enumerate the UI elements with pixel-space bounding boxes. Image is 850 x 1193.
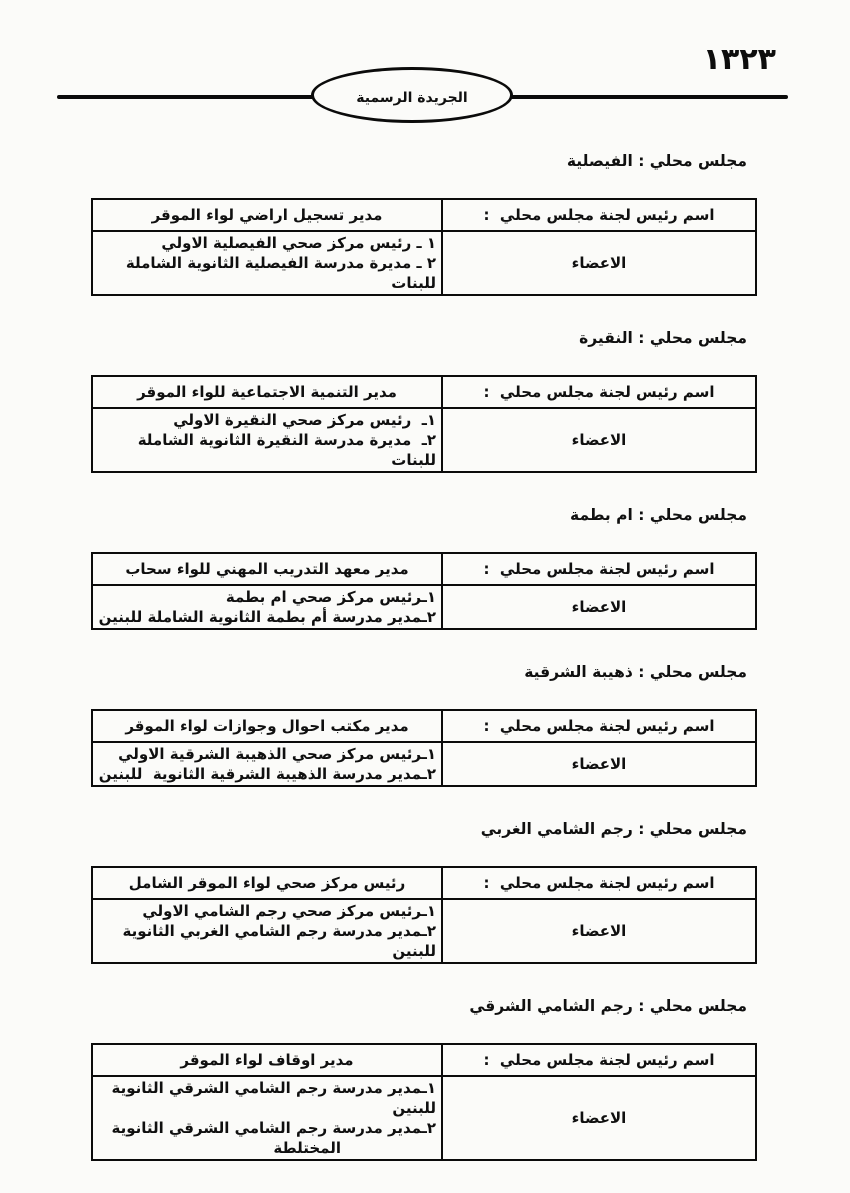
chairman-row: اسم رئيس لجنة مجلس محلي : مدير اوقاف لوا… (92, 1044, 756, 1076)
members-row: الاعضاء ١ـمدير مدرسة رجم الشامي الشرقي ا… (92, 1076, 756, 1160)
council-section: مجلس محلي : رجم الشامي الغربي اسم رئيس ل… (93, 819, 757, 964)
chairman-row: اسم رئيس لجنة مجلس محلي : مدير مكتب احوا… (92, 710, 756, 742)
council-section: مجلس محلي : النقيرة اسم رئيس لجنة مجلس م… (93, 328, 757, 473)
member-line: ٢ـمدير مدرسة رجم الشامي الشرقي الثانوية (93, 1118, 441, 1138)
page-number: ١٣٢٣ (703, 42, 776, 77)
council-title: مجلس محلي : الفيصلية (93, 151, 757, 172)
council-section: مجلس محلي : الفيصلية اسم رئيس لجنة مجلس … (93, 151, 757, 296)
members-row: الاعضاء ١ـرئيس مركز صحي الذهيبة الشرقية … (92, 742, 756, 786)
chairman-row: اسم رئيس لجنة مجلس محلي : رئيس مركز صحي … (92, 867, 756, 899)
members-label-cell: الاعضاء (442, 899, 756, 963)
members-list-cell: ١ـرئيس مركز صحي رجم الشامي الاولي٢ـمدير … (92, 899, 442, 963)
member-line: ٢ـمدير مدرسة رجم الشامي الغربي الثانوية … (93, 921, 441, 961)
members-list-cell: ١ ـ رئيس مركز صحي الفيصلية الاولي٢ ـ مدي… (92, 231, 442, 295)
members-row: الاعضاء ١ ـ رئيس مركز صحي الفيصلية الاول… (92, 231, 756, 295)
chairman-name-cell: مدير التنمية الاجتماعية للواء الموقر (92, 376, 442, 408)
gazette-banner-title: الجريدة الرسمية (356, 85, 467, 106)
members-list-cell: ١ـمدير مدرسة رجم الشامي الشرقي الثانوية … (92, 1076, 442, 1160)
chairman-label-cell: اسم رئيس لجنة مجلس محلي : (442, 553, 756, 585)
council-section: مجلس محلي : رجم الشامي الشرقي اسم رئيس ل… (93, 996, 757, 1161)
council-table: اسم رئيس لجنة مجلس محلي : مدير اوقاف لوا… (91, 1043, 757, 1161)
members-label-cell: الاعضاء (442, 231, 756, 295)
gazette-banner-ellipse: الجريدة الرسمية (311, 67, 513, 123)
council-title: مجلس محلي : ام بطمة (93, 505, 757, 526)
members-label-cell: الاعضاء (442, 585, 756, 629)
member-line: ١ـمدير مدرسة رجم الشامي الشرقي الثانوية … (93, 1078, 441, 1118)
members-label-cell: الاعضاء (442, 1076, 756, 1160)
council-table: اسم رئيس لجنة مجلس محلي : مدير معهد التد… (91, 552, 757, 630)
members-list-cell: ١ـرئيس مركز صحي ام بطمة٢ـمدير مدرسة أم ب… (92, 585, 442, 629)
chairman-row: اسم رئيس لجنة مجلس محلي : مدير تسجيل ارا… (92, 199, 756, 231)
council-title: مجلس محلي : النقيرة (93, 328, 757, 349)
council-title: مجلس محلي : ذهيبة الشرقية (93, 662, 757, 683)
chairman-label-cell: اسم رئيس لجنة مجلس محلي : (442, 376, 756, 408)
members-list-cell: ١ـرئيس مركز صحي الذهيبة الشرقية الاولي٢ـ… (92, 742, 442, 786)
members-row: الاعضاء ١ـ رئيس مركز صحي النقيرة الاولي٢… (92, 408, 756, 472)
council-table: اسم رئيس لجنة مجلس محلي : رئيس مركز صحي … (91, 866, 757, 964)
chairman-label-cell: اسم رئيس لجنة مجلس محلي : (442, 710, 756, 742)
chairman-name-cell: مدير معهد التدريب المهني للواء سحاب (92, 553, 442, 585)
council-table: اسم رئيس لجنة مجلس محلي : مدير التنمية ا… (91, 375, 757, 473)
member-line: ٢ـمدير مدرسة الذهيبة الشرقية الثانوية لل… (93, 764, 441, 784)
members-row: الاعضاء ١ـرئيس مركز صحي رجم الشامي الاول… (92, 899, 756, 963)
council-title: مجلس محلي : رجم الشامي الشرقي (93, 996, 757, 1017)
member-line: ٢ـمدير مدرسة أم بطمة الثانوية الشاملة لل… (93, 607, 441, 627)
member-line: ١ـ رئيس مركز صحي النقيرة الاولي (93, 410, 441, 430)
chairman-row: اسم رئيس لجنة مجلس محلي : مدير معهد التد… (92, 553, 756, 585)
members-label-cell: الاعضاء (442, 742, 756, 786)
chairman-row: اسم رئيس لجنة مجلس محلي : مدير التنمية ا… (92, 376, 756, 408)
chairman-label-cell: اسم رئيس لجنة مجلس محلي : (442, 867, 756, 899)
council-section: مجلس محلي : ذهيبة الشرقية اسم رئيس لجنة … (93, 662, 757, 787)
chairman-label-cell: اسم رئيس لجنة مجلس محلي : (442, 199, 756, 231)
chairman-name-cell: مدير مكتب احوال وجوازات لواء الموقر (92, 710, 442, 742)
gazette-page: ١٣٢٣ الجريدة الرسمية مجلس محلي : الفيصلي… (0, 0, 850, 1193)
chairman-name-cell: مدير تسجيل اراضي لواء الموقر (92, 199, 442, 231)
council-section: مجلس محلي : ام بطمة اسم رئيس لجنة مجلس م… (93, 505, 757, 630)
chairman-name-cell: رئيس مركز صحي لواء الموقر الشامل (92, 867, 442, 899)
member-line: ١ ـ رئيس مركز صحي الفيصلية الاولي (93, 233, 441, 253)
council-sections: مجلس محلي : الفيصلية اسم رئيس لجنة مجلس … (93, 151, 757, 1193)
member-line: ٢ ـ مديرة مدرسة الفيصلية الثانوية الشامل… (93, 253, 441, 293)
member-line-wrap: المختلطة (93, 1138, 441, 1158)
member-line: ٢ـ مديرة مدرسة النقيرة الثانوية الشاملة … (93, 430, 441, 470)
chairman-label-cell: اسم رئيس لجنة مجلس محلي : (442, 1044, 756, 1076)
member-line: ١ـرئيس مركز صحي الذهيبة الشرقية الاولي (93, 744, 441, 764)
chairman-name-cell: مدير اوقاف لواء الموقر (92, 1044, 442, 1076)
council-title: مجلس محلي : رجم الشامي الغربي (93, 819, 757, 840)
members-label-cell: الاعضاء (442, 408, 756, 472)
member-line: ١ـرئيس مركز صحي ام بطمة (93, 587, 441, 607)
members-row: الاعضاء ١ـرئيس مركز صحي ام بطمة٢ـمدير مد… (92, 585, 756, 629)
council-table: اسم رئيس لجنة مجلس محلي : مدير مكتب احوا… (91, 709, 757, 787)
council-table: اسم رئيس لجنة مجلس محلي : مدير تسجيل ارا… (91, 198, 757, 296)
member-line: ١ـرئيس مركز صحي رجم الشامي الاولي (93, 901, 441, 921)
members-list-cell: ١ـ رئيس مركز صحي النقيرة الاولي٢ـ مديرة … (92, 408, 442, 472)
